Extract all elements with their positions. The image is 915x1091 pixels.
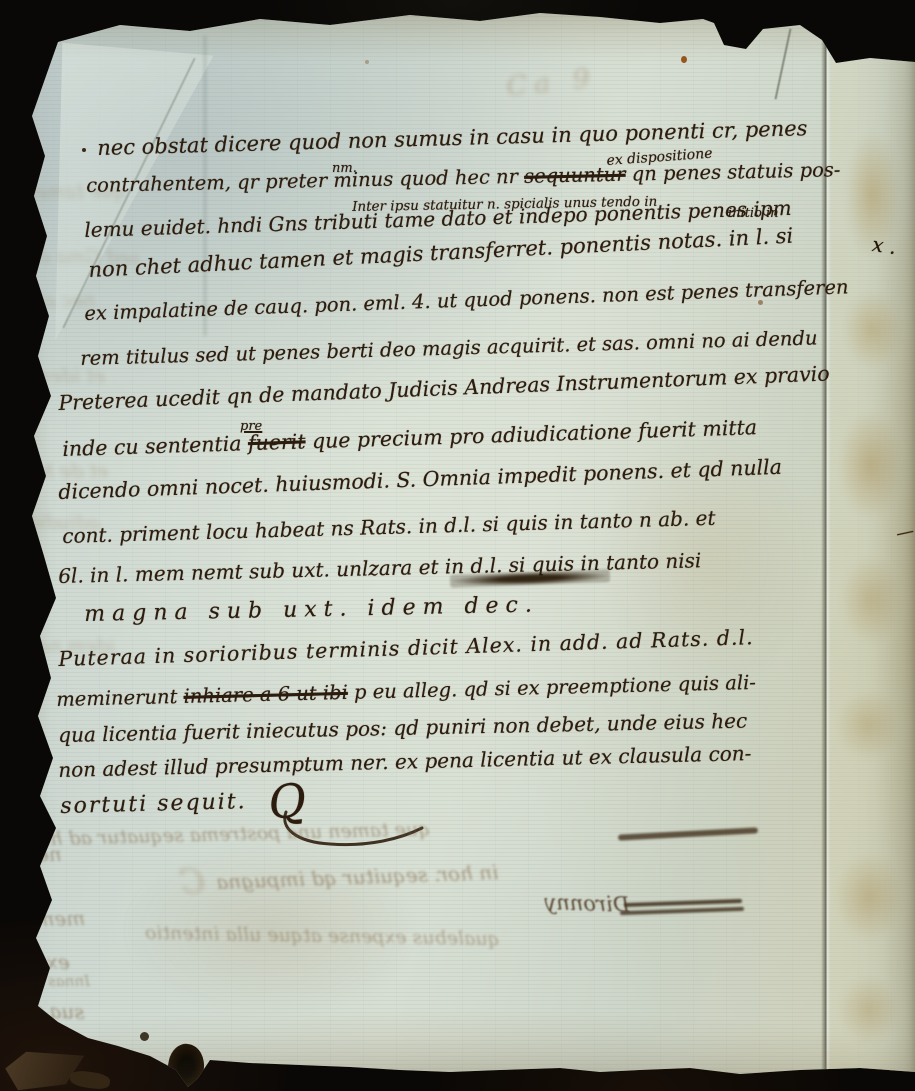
ink-line: qua licentia fuerit iniecutus pos: qd pu…: [58, 709, 747, 747]
ink-speck: [82, 148, 86, 152]
margin-bleed-fragment: an sic: [0, 384, 13, 404]
scratch-mark: [775, 29, 792, 100]
ink-line: non adest illud presumptum ner. ex pena …: [58, 741, 752, 782]
margin-bleed-fragment: ex his: [0, 726, 14, 744]
fold-crease: [821, 36, 831, 1072]
bleed-strike-bar: [624, 899, 742, 907]
x-mark: x .: [871, 232, 898, 259]
margin-bleed-fragment: nr de: [0, 500, 11, 519]
ink-line-segment: meminerunt: [56, 685, 184, 711]
strip-stain: [838, 410, 903, 520]
strip-stain: [840, 555, 902, 645]
margin-bleed-fragment: de eo: [0, 639, 16, 658]
bleed-ghost-line: nec aliter de his constare poterit nisi: [0, 289, 95, 317]
bleed-ghost-letter: C: [179, 862, 205, 902]
torn-scrap: [3, 1040, 90, 1091]
ink-speck: [365, 60, 369, 64]
margin-bleed-fragment: ita n: [0, 593, 13, 612]
dash-mark: —: [894, 520, 915, 544]
ink-line: rem titulus sed ut penes berti deo magis…: [80, 326, 818, 370]
bleed-line: meminerunt - Inde - clausula causas ad: [0, 906, 85, 937]
ink-line: Preterea ucedit qn de mandato Judicis An…: [58, 361, 830, 415]
margin-bleed-fragment: ut na: [0, 684, 13, 703]
margin-bleed-fragment: ut qd: [0, 326, 20, 344]
ink-blot: [164, 1041, 207, 1091]
strip-stain: [842, 290, 902, 370]
margin-bleed-fragment: ad ne: [0, 223, 12, 242]
bleed-scribble-word: Dironny: [544, 890, 630, 917]
margin-bleed-fragment: NB est: [0, 280, 17, 300]
ink-line-segment: inde cu sententia: [62, 431, 248, 461]
strip-stain: [836, 690, 900, 760]
strip-stain: [834, 852, 904, 942]
margin-bleed-fragment: et sas: [0, 176, 15, 196]
ink-line: meminerunt inhiare a 6 ut ibi p eu alleg…: [56, 671, 756, 711]
ink-blot-dot: [140, 1032, 149, 1041]
strip-stain: [838, 975, 900, 1045]
manuscript-scan: Ca 9 que tamen adiudicata fuerit per omn…: [0, 0, 915, 1091]
margin-bleed-fragment: per ea: [0, 440, 16, 460]
ink-line-segment: contrahentem, qr preter minus quod hec n…: [86, 165, 524, 197]
ink-line: ex impalatine de cauq. pon. eml. 4. ut q…: [84, 275, 849, 325]
ink-line: magna sub uxt. idem dec.: [84, 592, 539, 627]
ink-line: contrahentem, qr preter minus quod hec n…: [86, 158, 841, 197]
bleed-underline-scribble: [618, 827, 758, 840]
struck-word: fuerit: [248, 429, 306, 455]
paper-sheet: Ca 9 que tamen adiudicata fuerit per omn…: [0, 0, 915, 1091]
bleed-line: ex penas & alia: [0, 946, 70, 974]
faded-inscription: Ca 9: [505, 63, 598, 103]
margin-bleed-fragment: qd vi: [0, 543, 14, 561]
bleed-line: Innas Scilt comits, que ad ubi versa aut…: [0, 972, 90, 990]
ink-line-segment: p eu alleg. qd si ex preemptione quis al…: [348, 671, 757, 704]
ink-line: sortuti sequit.: [60, 789, 247, 819]
bleed-strike-bar: [620, 907, 744, 915]
torn-scrap: [69, 1069, 111, 1090]
interline-note: nm.: [332, 161, 357, 176]
struck-word: inhiare a 6 ut ibi: [183, 681, 348, 708]
bleed-dark-fragment: m di: [25, 1026, 74, 1051]
rust-speck: [681, 56, 687, 63]
